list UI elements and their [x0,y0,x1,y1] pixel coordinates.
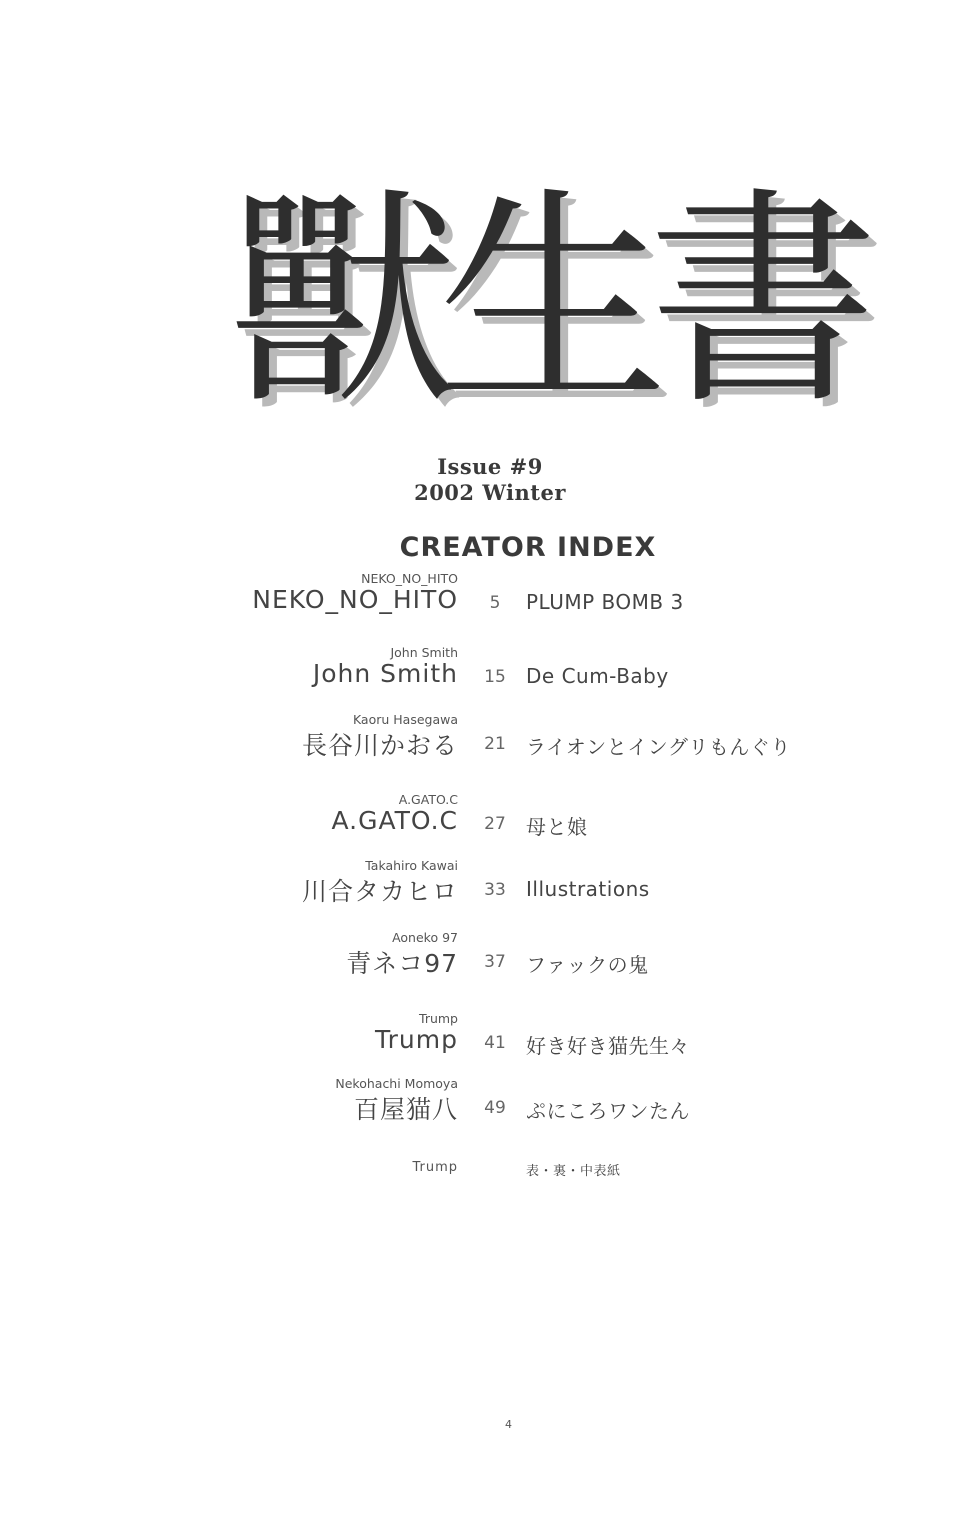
index-entry: John Smith John Smith 15 De Cum-Baby [0,645,980,705]
page-number: 15 [470,667,520,687]
title-char-2: 生 [438,188,638,418]
page-number: 37 [470,952,520,972]
creator-romaji: A.GATO.C [399,792,458,807]
creator-name: 百屋猫八 [354,1090,458,1126]
creator-romaji: Trump [419,1011,458,1026]
page-number: 27 [470,814,520,834]
title-logo: 獸 生 書 [228,168,848,438]
work-title: 好き好き猫先生々 [526,1030,690,1059]
index-entry: Nekohachi Momoya 百屋猫八 49 ぷにころワンたん [0,1076,980,1136]
index-entry: Kaoru Hasegawa 長谷川かおる 21 ライオンとイングリもんぐり [0,712,980,772]
work-title: PLUMP BOMB 3 [526,590,684,614]
issue-season: 2002 Winter [0,480,980,506]
index-entry: Aoneko 97 青ネコ97 37 ファックの鬼 [0,930,980,990]
issue-number: Issue #9 [0,454,980,480]
work-title: ファックの鬼 [526,949,649,978]
issue-info: Issue #9 2002 Winter [0,454,980,506]
cover-credit-entry: Trump 表・裏・中表紙 [0,1140,980,1200]
title-char-1: 獸 [228,188,428,418]
creator-name: Trump [375,1025,458,1054]
page-folio: 4 [505,1418,512,1431]
creator-romaji: John Smith [390,645,458,660]
index-entry: A.GATO.C A.GATO.C 27 母と娘 [0,792,980,852]
index-entry: Trump Trump 41 好き好き猫先生々 [0,1011,980,1071]
work-title: De Cum-Baby [526,664,669,688]
index-heading: CREATOR INDEX [0,532,980,563]
creator-name: 青ネコ97 [346,944,458,980]
page-number: 5 [470,593,520,613]
creator-name: John Smith [313,659,458,688]
page-number: 49 [470,1098,520,1118]
creator-romaji: Kaoru Hasegawa [353,712,458,727]
cover-artist-name: Trump [412,1160,458,1175]
cover-credit-work: 表・裏・中表紙 [526,1160,621,1179]
title-char-3: 書 [648,188,848,418]
index-entry: Takahiro Kawai 川合タカヒロ 33 Illustrations [0,858,980,918]
creator-name: 長谷川かおる [302,726,458,762]
page-number: 33 [470,880,520,900]
creator-romaji: Aoneko 97 [392,930,458,945]
creator-name: 川合タカヒロ [302,872,458,908]
work-title: ぷにころワンたん [526,1095,690,1124]
creator-name: A.GATO.C [332,806,458,835]
creator-romaji: NEKO_NO_HITO [361,571,458,586]
work-title: 母と娘 [526,811,588,840]
creator-name: NEKO_NO_HITO [252,585,458,614]
work-title: Illustrations [526,877,650,901]
index-entry: NEKO_NO_HITO NEKO_NO_HITO 5 PLUMP BOMB 3 [0,571,980,631]
page-number: 41 [470,1033,520,1053]
page-number: 21 [470,734,520,754]
creator-romaji: Nekohachi Momoya [335,1076,458,1091]
work-title: ライオンとイングリもんぐり [526,731,791,760]
creator-romaji: Takahiro Kawai [365,858,458,873]
